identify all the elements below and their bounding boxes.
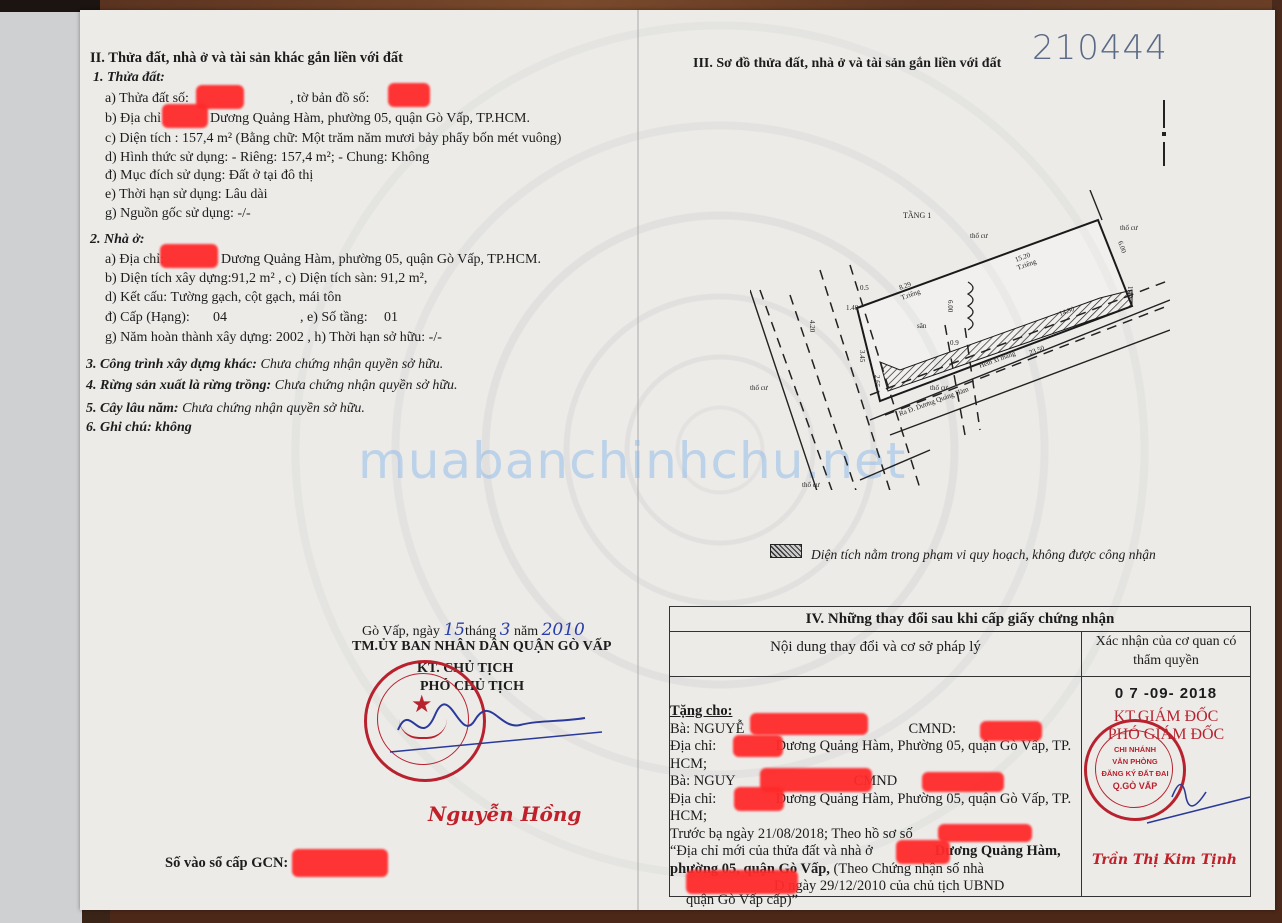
house-completion: g) Năm hoàn thành xây dựng: 2002 , h) Th… [105, 330, 442, 346]
confirmation-cell: 0 7 -09- 2018 KT.GIÁM ĐỐC PHÓ GIÁM ĐỐC C… [1082, 677, 1251, 897]
land-usage-term: e) Thời hạn sử dụng: Lâu dài [105, 187, 267, 203]
changes-col-content: Nội dung thay đổi và cơ sở pháp lý [670, 632, 1082, 677]
legend-text: Diện tích nằm trong phạm vi quy hoạch, k… [811, 547, 1156, 563]
land-map-label: , tờ bản đồ số: [290, 91, 369, 107]
land-origin: g) Nguồn gốc sử dụng: -/- [105, 206, 251, 222]
redacted-house-number [160, 244, 218, 268]
site-plan-diagram: 15.20 T.riêng 8.29 T.riêng 0.5 1.40 sân … [750, 190, 1170, 490]
changes-title: IV. Những thay đổi sau khi cấp giấy chứn… [670, 607, 1251, 632]
svg-text:0.9: 0.9 [950, 339, 959, 347]
north-arrow-icon [1158, 100, 1170, 170]
svg-text:23.50: 23.50 [1028, 344, 1046, 357]
redacted-map-number [388, 83, 430, 107]
notes: 6. Ghi chú: không [86, 420, 192, 436]
signature-scribble-icon [380, 690, 610, 760]
house-heading: 2. Nhà ở: [90, 232, 145, 248]
redacted-certificate-number [686, 870, 798, 894]
changes-content-cell: Tặng cho: Bà: NGUYỄCMND: Địa chỉ: Dương … [670, 677, 1082, 897]
redacted-register-number [292, 849, 388, 877]
person2-address: Địa chỉ: Dương Quảng Hàm, Phường 05, quậ… [670, 791, 1081, 826]
planted-forest: 4. Rừng sản xuất là rừng trồng: Chưa chứ… [86, 378, 458, 394]
confirm-signature-icon [1142, 767, 1252, 827]
signer-name: Nguyễn Hồng [428, 802, 581, 826]
redacted-person1-name [750, 713, 868, 735]
redacted-person1-id [980, 721, 1042, 741]
redacted-new-house-number [896, 840, 950, 864]
other-construction: 3. Công trình xây dựng khác: Chưa chứng … [86, 357, 443, 373]
svg-text:4.20: 4.20 [808, 320, 816, 333]
issuing-authority: TM.ỦY BAN NHÂN DÂN QUẬN GÒ VẤP [352, 639, 611, 655]
land-address-value: Dương Quảng Hàm, phường 05, quận Gò Vấp,… [210, 111, 530, 127]
house-address-label: a) Địa chỉ: [105, 252, 164, 268]
redacted-person2-id [922, 772, 1004, 792]
svg-text:thổ cư: thổ cư [802, 481, 820, 489]
background-left [0, 12, 82, 923]
house-structure: d) Kết cấu: Tường gạch, cột gạch, mái tô… [105, 290, 341, 306]
register-number-label: Số vào sổ cấp GCN: [165, 855, 288, 872]
confirm-role-1: KT.GIÁM ĐỐC [1082, 708, 1250, 726]
land-usage-purpose: đ) Mục đích sử dụng: Đất ở tại đô thị [105, 168, 313, 184]
handwritten-number: 210444 [1032, 28, 1168, 68]
svg-text:6.00: 6.00 [946, 300, 954, 313]
redacted-land-house-number [162, 104, 208, 128]
section-iii-title: III. Sơ đồ thửa đất, nhà ở và tài sản gắ… [693, 56, 1001, 72]
confirmation-date: 0 7 -09- 2018 [1082, 685, 1250, 702]
house-floors-label: , e) Số tầng: [300, 310, 368, 326]
house-area: b) Diện tích xây dựng:91,2 m² , c) Diện … [105, 271, 427, 287]
legend-hatch-swatch [770, 544, 802, 558]
svg-text:thổ cư: thổ cư [970, 232, 988, 240]
svg-text:thổ cư: thổ cư [1120, 224, 1138, 232]
person2-line: Bà: NGUYCMND [670, 773, 1081, 791]
confirm-signer-name: Trần Thị Kim Tịnh [1092, 852, 1237, 868]
svg-text:3.45: 3.45 [858, 350, 866, 363]
background-bottom [110, 908, 1282, 923]
svg-text:1.40: 1.40 [846, 304, 859, 312]
perennial-trees: 5. Cây lâu năm: Chưa chứng nhận quyền sở… [86, 401, 365, 417]
svg-text:2.65: 2.65 [873, 375, 881, 388]
gift-heading: Tặng cho: [670, 703, 1081, 721]
signing-date: Gò Vấp, ngày 15tháng 3 năm 2010 [362, 620, 585, 640]
redacted-person1-house [733, 735, 783, 757]
svg-text:thổ cư: thổ cư [750, 384, 768, 392]
section-ii-title: II. Thửa đất, nhà ở và tài sản khác gắn … [90, 50, 403, 67]
svg-text:0.5: 0.5 [860, 284, 869, 292]
certificate-reference-end: quận Gò Vấp cấp)” [686, 892, 798, 909]
house-floors-value: 01 [384, 310, 398, 326]
person1-address: Địa chỉ: Dương Quảng Hàm, Phường 05, quậ… [670, 738, 1081, 773]
svg-text:thổ cư: thổ cư [930, 384, 948, 392]
house-grade-value: 04 [213, 310, 227, 326]
land-heading: 1. Thửa đất: [93, 70, 165, 86]
house-address-value: Dương Quảng Hàm, phường 05, quận Gò Vấp,… [221, 252, 541, 268]
land-address-label: b) Địa chỉ [105, 111, 161, 127]
svg-text:sân: sân [917, 322, 927, 330]
svg-text:1.42: 1.42 [1126, 286, 1134, 299]
house-grade-label: đ) Cấp (Hạng): [105, 310, 190, 326]
land-usage-form: d) Hình thức sử dụng: - Riêng: 157,4 m²;… [105, 150, 429, 166]
land-area: c) Diện tích : 157,4 m² (Bằng chữ: Một t… [105, 131, 561, 147]
changes-col-confirmation: Xác nhận của cơ quan có thẩm quyền [1082, 632, 1251, 677]
svg-text:6.00: 6.00 [1116, 240, 1128, 255]
redacted-file-number [938, 824, 1032, 842]
redacted-person2-house [734, 787, 784, 811]
